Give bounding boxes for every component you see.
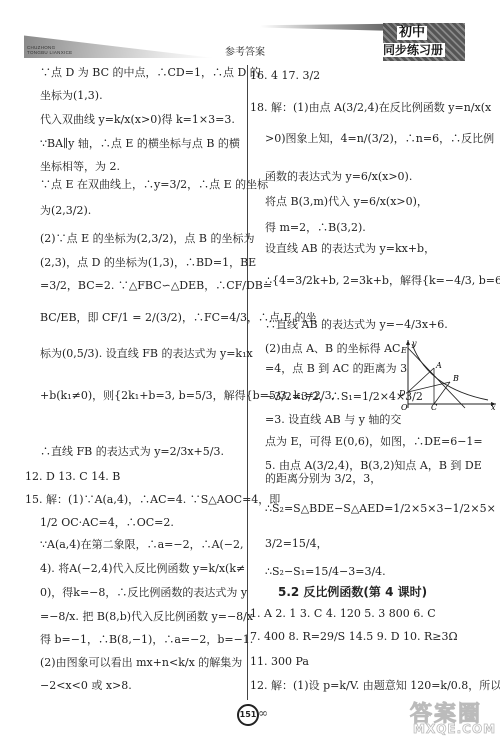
text-line: ∵点 E 在双曲线上，∴y=3/2，∴点 E 的坐标: [40, 178, 268, 192]
text-line: 标为(0,5/3). 设直线 FB 的表达式为 y=k₁x: [40, 347, 253, 361]
text-line: ∴直线 AB 的表达式为 y=−4/3x+6.: [265, 318, 448, 332]
text-line: ∵点 D 为 BC 的中点，∴CD=1，∴点 D 的: [40, 66, 261, 80]
column-divider: [247, 65, 248, 700]
text-line: 函数的表达式为 y=6/x(x>0).: [265, 170, 412, 184]
answer-line: 12. D 13. C 14. B: [25, 470, 120, 484]
text-line: (2)由点 A、B 的坐标得 AC: [265, 342, 400, 356]
page-number: 151: [237, 704, 259, 726]
text-line: 设直线 AB 的表达式为 y=kx+b，: [265, 242, 435, 256]
point-e-label: E: [400, 346, 407, 355]
text-line: =4，点 B 到 AC 的距离为 3: [265, 362, 407, 376]
page-number-decoration-icon: ∞: [258, 706, 268, 720]
text-line: 代入双曲线 y=k/x(x>0)得 k=1×3=3.: [40, 113, 235, 127]
text-line: ∵A(a,4)在第二象限，∴a=−2，∴A(−2,: [40, 538, 244, 552]
text-line: 18. 解：(1)由点 A(3/2,4)在反比例函数 y=n/x(x: [250, 101, 491, 115]
text-line: 坐标为(1,3).: [40, 89, 103, 103]
text-line: ∴S₂=S△BDE−S△AED=1/2×5×3−1/2×5×: [265, 502, 496, 516]
text-line: ∵BA∥y 轴，∴点 E 的横坐标与点 B 的横: [40, 137, 240, 151]
page-header: CHUZHONG TONGBU LIANXICE 初中 同步练习册 参考答案: [0, 0, 500, 62]
section-title: 5.2 反比例函数(第 4 课时): [278, 585, 427, 599]
answer-line: 11. 300 Pa: [250, 655, 309, 669]
text-line: 为(2,3/2).: [40, 204, 91, 218]
point-d-label: D: [398, 389, 406, 398]
text-line: 15. 解：(1)∵A(a,4)，∴AC=4. ∵S△AOC=4，即: [25, 493, 280, 507]
answer-line: 12. 解：(1)设 p=k/V. 由题意知 120=k/0.8，所以: [250, 679, 500, 693]
y-axis-label: y: [411, 339, 417, 348]
point-c-label: C: [431, 403, 437, 410]
text-line: (2)由图象可以看出 mx+n<k/x 的解集为: [40, 656, 242, 670]
series-english-name: CHUZHONG TONGBU LIANXICE: [27, 45, 72, 55]
text-line: 3/2=15/4，: [265, 537, 328, 551]
text-line: 得 m=2，∴B(3,2).: [265, 221, 366, 235]
watermark-url: MXQE.COM: [413, 722, 496, 736]
text-line: >0)图象上知，4=n/(3/2)，∴n=6，∴反比例: [265, 132, 494, 146]
text-line: (2)∵点 E 的坐标为(2,3/2)，点 B 的坐标为: [40, 232, 254, 246]
x-axis-label: x: [491, 403, 496, 410]
text-line: (2,3)，点 D 的坐标为(1,3)，∴BD=1，BE: [40, 256, 256, 270]
series-en-line2: TONGBU LIANXICE: [27, 50, 72, 55]
text-line: ∴{4=3/2k+b, 2=3k+b，解得{k=−4/3, b=6,: [265, 274, 500, 288]
text-line: 将点 B(3,m)代入 y=6/x(x>0)，: [265, 195, 428, 209]
text-line: −2<x<0 或 x>8.: [40, 679, 132, 693]
text-line: 1/2 OC·AC=4，∴OC=2.: [40, 516, 174, 530]
origin-label: O: [401, 403, 408, 410]
point-b-label: B: [452, 374, 459, 383]
answer-line: 7. 400 8. R=29/S 14.5 9. D 10. R≥3Ω: [250, 630, 458, 644]
text-line: 5. 由点 A(3/2,4)，B(3,2)知点 A，B 到 DE: [265, 459, 482, 473]
answer-line: 16. 4 17. 3/2: [250, 69, 320, 83]
text-line: 坐标相等，为 2.: [40, 160, 120, 174]
coordinate-figure: y x O E A B D C: [398, 338, 498, 410]
text-line: =3/2，BC=2. ∵△FBC∽△DEB，∴CF/DB=: [40, 279, 272, 293]
text-line: 的距离分别为 3/2，3，: [265, 472, 381, 486]
point-a-label: A: [435, 361, 442, 370]
logo-top-text: 初中: [397, 26, 427, 40]
page-title: 参考答案: [225, 43, 265, 58]
text-line: ∴直线 FB 的表达式为 y=2/3x+5/3.: [40, 445, 224, 459]
logo-bottom-text: 同步练习册: [381, 43, 445, 57]
text-line: 点为 E，可得 E(0,6)，如图，∴DE=6−1=: [265, 435, 483, 449]
answer-line: 1. A 2. 1 3. C 4. 120 5. 3 800 6. C: [250, 607, 436, 621]
text-line: 4). 将A(−2,4)代入反比例函数 y=k/x(k≠: [40, 562, 245, 576]
text-line: =3. 设直线 AB 与 y 轴的交: [265, 413, 401, 427]
text-line: =−8/x. 把 B(8,b)代入反比例函数 y=−8/x: [40, 610, 253, 624]
text-line: ∴S₂−S₁=15/4−3=3/4.: [265, 565, 386, 579]
text-line: 0)，得k=−8，∴反比例函数的表达式为 y: [40, 586, 247, 600]
text-line: 得 b=−1，∴B(8,−1)，∴a=−2，b=−1.: [40, 633, 253, 647]
